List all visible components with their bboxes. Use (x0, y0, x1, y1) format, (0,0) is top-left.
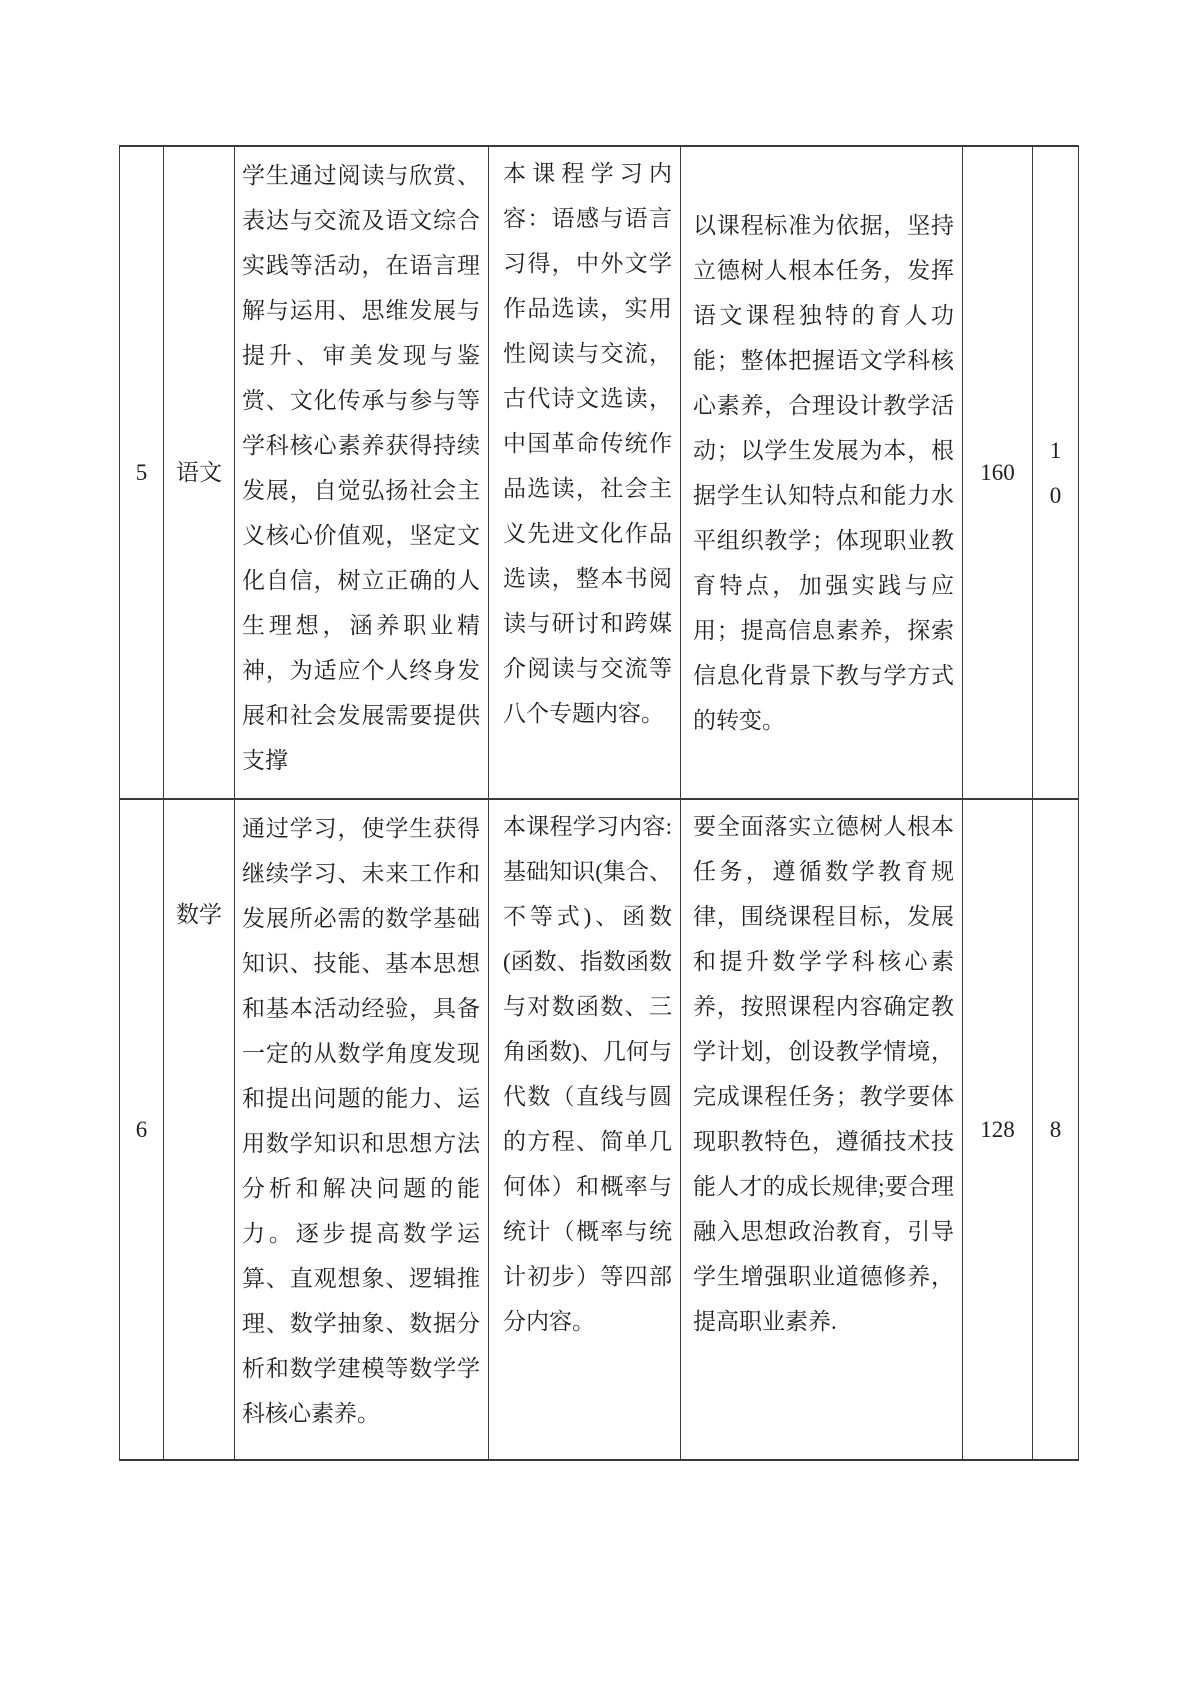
course-objectives-text: 通过学习，使学生获得继续学习、未来工作和发展所必需的数学基础知识、技能、基本思想… (242, 806, 480, 1436)
credits-cell: 8 (1033, 800, 1078, 1459)
teaching-requirements-cell: 以课程标准为依据，坚持立德树人根本任务，发挥语文课程独特的育人功能；整体把握语文… (681, 147, 963, 800)
credits-value: 10 (1048, 428, 1064, 518)
course-content-text: 本课程学习内容：语感与语言习得，中外文学作品选读，实用性阅读与交流，古代诗文选读… (503, 151, 672, 736)
hours-value: 160 (980, 450, 1015, 495)
course-objectives-cell: 学生通过阅读与欣赏、表达与交流及语文综合实践等活动，在语言理解与运用、思维发展与… (235, 147, 489, 800)
course-name: 数学 (176, 892, 222, 937)
credits-value: 8 (1050, 1107, 1062, 1152)
course-plan-table: 5 语文 学生通过阅读与欣赏、表达与交流及语文综合实践等活动，在语言理解与运用、… (119, 145, 1079, 1461)
row-number: 5 (136, 450, 148, 495)
course-name: 语文 (176, 450, 222, 495)
row-number-cell: 5 (120, 147, 164, 800)
row-number-cell: 6 (120, 800, 164, 1459)
course-content-cell: 本课程学习内容：语感与语言习得，中外文学作品选读，实用性阅读与交流，古代诗文选读… (489, 147, 681, 800)
course-name-cell: 语文 (164, 147, 235, 800)
teaching-requirements-cell: 要全面落实立德树人根本任务，遵循数学教育规律，围绕课程目标，发展和提升数学学科核… (681, 800, 963, 1459)
hours-value: 128 (980, 1107, 1015, 1152)
row-number: 6 (136, 1107, 148, 1152)
course-content-text: 本课程学习内容:基础知识(集合、不等式)、函数(函数、指数函数与对数函数、三角函… (503, 804, 672, 1344)
course-objectives-cell: 通过学习，使学生获得继续学习、未来工作和发展所必需的数学基础知识、技能、基本思想… (235, 800, 489, 1459)
teaching-requirements-text: 以课程标准为依据，坚持立德树人根本任务，发挥语文课程独特的育人功能；整体把握语文… (693, 203, 954, 743)
hours-cell: 128 (963, 800, 1033, 1459)
credits-cell: 10 (1033, 147, 1078, 800)
hours-cell: 160 (963, 147, 1033, 800)
course-objectives-text: 学生通过阅读与欣赏、表达与交流及语文综合实践等活动，在语言理解与运用、思维发展与… (242, 153, 480, 783)
teaching-requirements-text: 要全面落实立德树人根本任务，遵循数学教育规律，围绕课程目标，发展和提升数学学科核… (693, 804, 954, 1344)
course-content-cell: 本课程学习内容:基础知识(集合、不等式)、函数(函数、指数函数与对数函数、三角函… (489, 800, 681, 1459)
course-name-cell: 数学 (164, 800, 235, 1459)
document-page: 5 语文 学生通过阅读与欣赏、表达与交流及语文综合实践等活动，在语言理解与运用、… (0, 0, 1191, 1684)
